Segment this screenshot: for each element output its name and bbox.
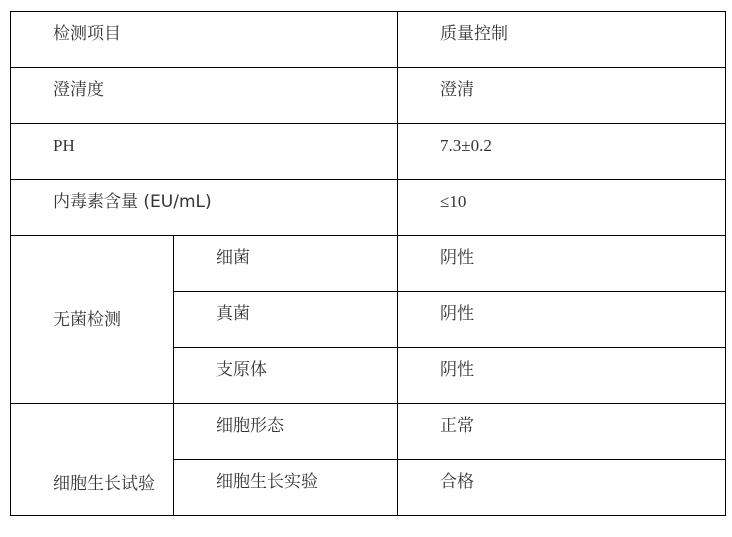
subitem-label: 支原体 [216,348,397,381]
quality-control-table-container: 检测项目 质量控制 澄清度 澄清 PH 7.3±0.2 [10,11,726,516]
control-value: 正常 [440,404,725,437]
header-control-label: 质量控制 [440,12,725,45]
header-cell-control: 质量控制 [398,12,726,68]
control-value: 阴性 [440,292,725,325]
control-cell: 澄清 [398,68,726,124]
control-value: 阴性 [440,348,725,381]
subitem-label: 细菌 [216,236,397,269]
control-cell: 阴性 [398,292,726,348]
control-value: 阴性 [440,236,725,269]
control-cell: 合格 [398,460,726,516]
table-row: 澄清度 澄清 [11,68,726,124]
subitem-cell: 细胞生长实验 [174,460,398,516]
control-value: ≤10 [440,180,725,213]
subitem-label: 真菌 [216,292,397,325]
table-row: 无菌检测 细菌 阴性 [11,236,726,292]
item-label: 澄清度 [53,68,397,101]
subitem-label: 细胞形态 [216,404,397,437]
subitem-cell: 支原体 [174,348,398,404]
control-cell: 阴性 [398,236,726,292]
header-cell-item: 检测项目 [11,12,398,68]
subitem-cell: 细胞形态 [174,404,398,460]
item-label: 内毒素含量 (EU/mL) [53,180,397,213]
group-label-cell-sterility: 无菌检测 [11,236,174,404]
subitem-cell: 真菌 [174,292,398,348]
group-label: 无菌检测 [53,309,173,331]
control-cell: 正常 [398,404,726,460]
control-value: 7.3±0.2 [440,124,725,157]
group-label: 细胞生长试验 [53,404,173,495]
table-row: 细胞生长试验 细胞形态 正常 [11,404,726,460]
table-header-row: 检测项目 质量控制 [11,12,726,68]
table-row: PH 7.3±0.2 [11,124,726,180]
item-cell: PH [11,124,398,180]
group-label-cell-cell-growth: 细胞生长试验 [11,404,174,516]
item-cell: 澄清度 [11,68,398,124]
header-item-label: 检测项目 [53,12,397,45]
control-value: 澄清 [440,68,725,101]
control-cell: ≤10 [398,180,726,236]
control-value: 合格 [440,460,725,493]
table-row: 内毒素含量 (EU/mL) ≤10 [11,180,726,236]
control-cell: 阴性 [398,348,726,404]
subitem-cell: 细菌 [174,236,398,292]
control-cell: 7.3±0.2 [398,124,726,180]
item-cell: 内毒素含量 (EU/mL) [11,180,398,236]
item-label: PH [53,124,397,157]
subitem-label: 细胞生长实验 [216,460,397,493]
quality-control-table: 检测项目 质量控制 澄清度 澄清 PH 7.3±0.2 [10,11,726,516]
